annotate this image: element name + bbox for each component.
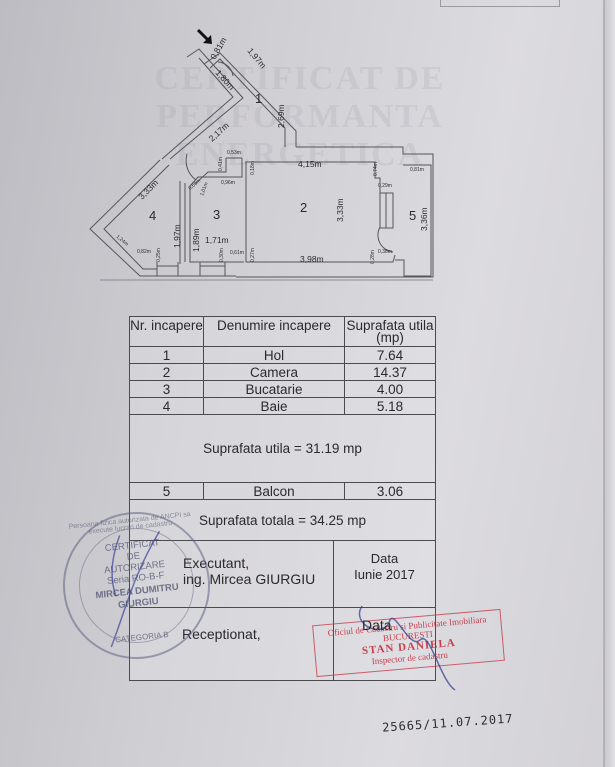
row-name: Balcon	[204, 483, 345, 499]
room-5-label: 5	[409, 208, 416, 223]
date-label: Data	[334, 551, 435, 567]
dim-buc-bottom-stub: 0,61m	[230, 250, 244, 256]
row-area: 3.06	[345, 483, 435, 499]
dim-cam-tl: 0,18m	[250, 161, 256, 175]
signature-icon	[58, 507, 215, 664]
dim-hol-height: 2,69m	[276, 104, 286, 128]
row-nr: 3	[130, 381, 204, 397]
room-1-label: 1	[255, 91, 262, 106]
dim-cam-step: 0,29m	[378, 183, 392, 189]
dim-cam-top: 4,15m	[298, 159, 322, 169]
dim-cam-door: 0,38m	[378, 249, 392, 255]
table-header-row: Nr. incapere Denumire incapere Suprafata…	[130, 317, 435, 347]
dim-baie-stub: 0,25m	[156, 248, 162, 262]
dim-hol-top: 1,97m	[245, 46, 268, 71]
dim-buc-diag: 1,01m	[199, 182, 209, 197]
dim-baie-diag: 3,33m	[136, 178, 160, 202]
dim-buc-width: 1,71m	[205, 235, 229, 245]
room-3-label: 3	[213, 207, 220, 222]
dim-balc-height: 3,36m	[419, 207, 429, 231]
baie-bottom-stub	[157, 262, 178, 276]
dim-cam-bottom: 3,98m	[300, 254, 324, 264]
header-nr: Nr. incapere	[130, 317, 204, 346]
row-area: 5.18	[345, 398, 435, 414]
dim-buc-stub2: 0,27m	[250, 248, 256, 262]
receptionat-date-label: Data	[362, 617, 392, 633]
row-name: Baie	[204, 398, 345, 414]
dim-buc-top: 0,96m	[221, 180, 235, 186]
registration-number: 25665/11.07.2017	[382, 711, 514, 734]
row-name: Camera	[204, 364, 345, 380]
useful-area-total: Suprafata utila = 31.19 mp	[130, 415, 435, 483]
table-row: 2 Camera 14.37	[130, 364, 435, 381]
arrow-down-right-icon	[198, 30, 212, 44]
dim-baie-right: 1,97m	[172, 224, 182, 248]
room-2-label: 2	[300, 200, 307, 215]
row-name: Hol	[204, 347, 345, 363]
row-nr: 1	[130, 347, 204, 363]
dim-buc-niche-h: 0,41m	[218, 157, 224, 171]
baie-door-arc	[186, 154, 196, 180]
room-4-label: 4	[149, 208, 156, 223]
date-value: Iunie 2017	[334, 567, 435, 583]
table-row: 3 Bucatarie 4.00	[130, 381, 435, 398]
dim-buc-door: 0,60m	[187, 178, 202, 192]
table-row: 4 Baie 5.18	[130, 398, 435, 415]
date-cell: Data Iunie 2017	[334, 541, 435, 607]
dim-cam-br: 0,28m	[370, 250, 376, 264]
header-name: Denumire incapere	[204, 317, 345, 346]
dim-cam-tr: 0,74m	[373, 162, 379, 176]
camera-wall-top-right	[245, 162, 380, 227]
authorization-stamp: Persoana fizica autorizata de ANCPI sa e…	[56, 505, 218, 667]
row-area: 4.00	[345, 381, 435, 397]
camera-wall-bottom-left	[246, 162, 395, 262]
row-area: 14.37	[345, 364, 435, 380]
table-row: 1 Hol 7.64	[130, 347, 435, 364]
header-area: Suprafata utila (mp)	[345, 317, 435, 346]
row-name: Bucatarie	[204, 381, 345, 397]
buc-bottom-stub	[200, 262, 225, 276]
floor-plan: 1 2 3 4 5 0,81m 1,97m 1,80m 2,69m 2,17m …	[0, 0, 615, 300]
balcony-row: 5 Balcon 3.06	[130, 483, 435, 500]
dim-baie-left: 1,24m	[115, 234, 130, 248]
dim-balc-top: 0,81m	[410, 167, 424, 173]
dim-cam-height: 3,33m	[335, 198, 345, 222]
dim-buc-niche-w: 0,53m	[227, 150, 241, 156]
dim-buc-height: 1,89m	[191, 228, 201, 252]
row-area: 7.64	[345, 347, 435, 363]
row-nr: 5	[130, 483, 204, 499]
row-nr: 4	[130, 398, 204, 414]
row-nr: 2	[130, 364, 204, 380]
dim-diag-wall: 2,17m	[207, 120, 231, 143]
dim-baie-bottom: 0,82m	[137, 249, 151, 255]
dim-buc-stub1: 0,30m	[219, 248, 225, 262]
